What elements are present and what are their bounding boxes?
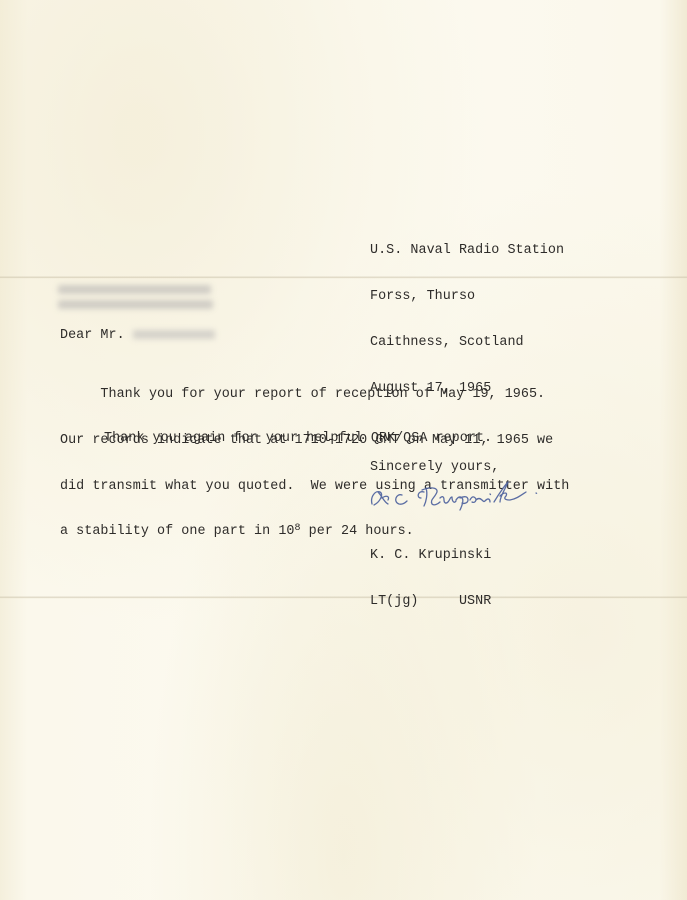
signatory-block: K. C. Krupinski LT(jg) USNR xyxy=(370,518,491,640)
body-line: Thank you for your report of reception o… xyxy=(60,387,569,402)
sender-line-location: Forss, Thurso xyxy=(370,289,564,304)
body-line-text: a stability of one part in 10 xyxy=(60,524,295,539)
salutation-prefix: Dear Mr. xyxy=(60,328,125,343)
letter-page: U.S. Naval Radio Station Forss, Thurso C… xyxy=(0,0,687,900)
sender-line-station: U.S. Naval Radio Station xyxy=(370,243,564,258)
body-line: a stability of one part in 108 per 24 ho… xyxy=(60,524,569,539)
paper-fold-line xyxy=(0,276,687,279)
redacted-recipient-line xyxy=(58,285,211,294)
handwritten-signature xyxy=(366,478,566,512)
paper-fold-line xyxy=(0,596,687,599)
body-paragraph-2: Thank you again for your helpful QRK/QSA… xyxy=(104,431,492,446)
salutation: Dear Mr. xyxy=(60,328,215,343)
sender-line-region: Caithness, Scotland xyxy=(370,335,564,350)
recipient-address-redacted xyxy=(58,285,213,309)
signatory-name: K. C. Krupinski xyxy=(370,548,491,563)
redacted-recipient-name xyxy=(133,330,215,339)
redacted-recipient-line xyxy=(58,300,213,309)
complimentary-close: Sincerely yours, xyxy=(370,460,499,475)
signatory-title: LT(jg) USNR xyxy=(370,594,491,609)
